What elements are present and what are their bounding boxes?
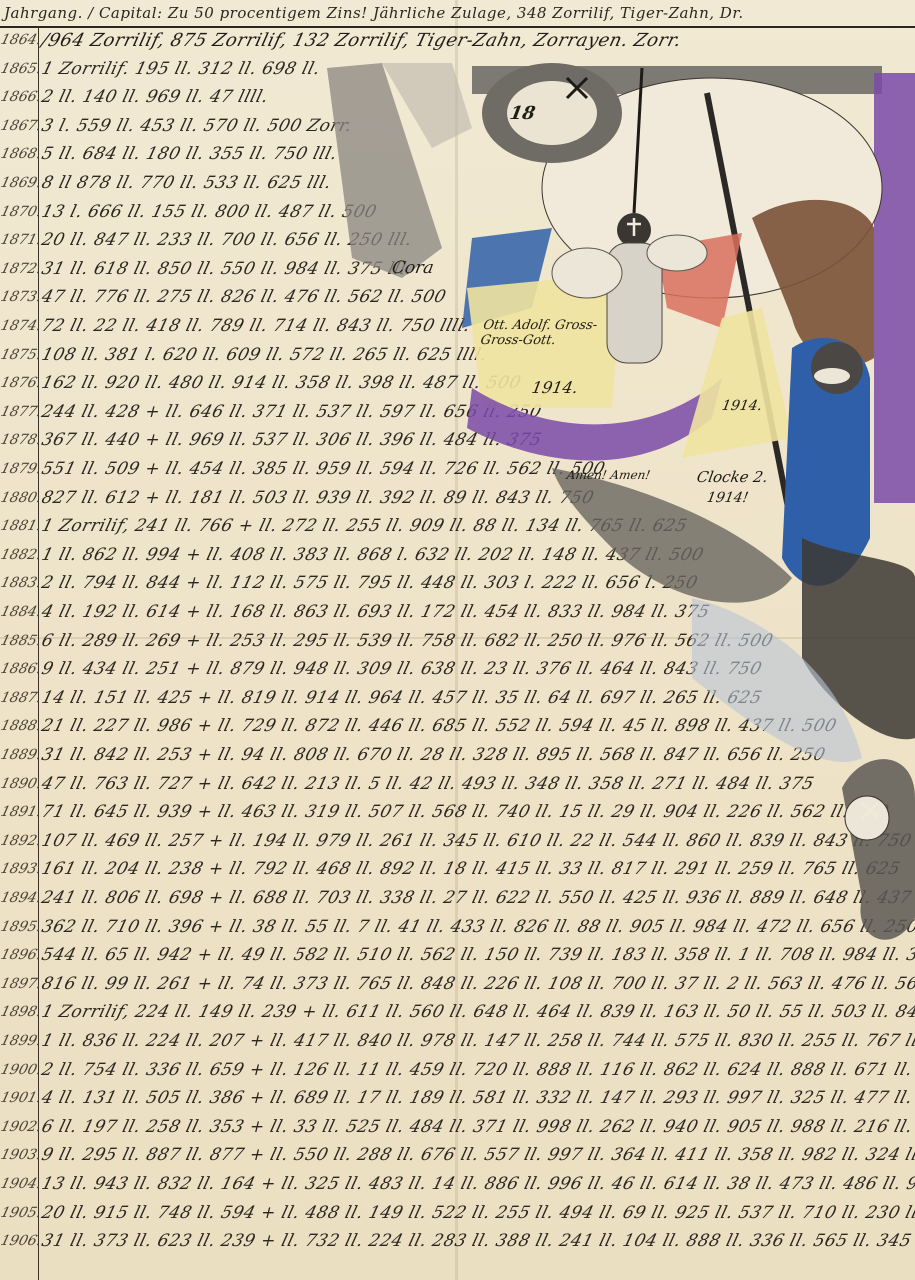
ledger-row: 1888.21 ll. 227 ll. 986 + ll. 729 ll. 87… <box>0 714 915 740</box>
artwork-sheet: Jahrgang. / Capital: Zu 50 procentigem Z… <box>0 0 915 1280</box>
row-values: 551 ll. 509 + ll. 454 ll. 385 ll. 959 ll… <box>40 459 608 479</box>
row-values: 162 ll. 920 ll. 480 ll. 914 ll. 358 ll. … <box>40 373 524 393</box>
row-values: 6 ll. 289 ll. 269 + ll. 253 ll. 295 ll. … <box>40 631 776 651</box>
ledger-row: 1875.108 ll. 381 l. 620 ll. 609 ll. 572 … <box>0 343 915 369</box>
ledger-row: 1878.367 ll. 440 + ll. 969 ll. 537 ll. 3… <box>0 428 915 454</box>
row-year: 1896. <box>0 947 39 963</box>
row-values: 21 ll. 227 ll. 986 + ll. 729 ll. 872 ll.… <box>40 716 839 736</box>
row-values: 107 ll. 469 ll. 257 + ll. 194 ll. 979 ll… <box>40 831 914 851</box>
row-values: 1 Zorrilif, 241 ll. 766 + ll. 272 ll. 25… <box>40 516 690 536</box>
row-values: 20 ll. 915 ll. 748 ll. 594 + ll. 488 ll.… <box>40 1203 915 1223</box>
row-values: 13 l. 666 ll. 155 ll. 800 ll. 487 ll. 50… <box>40 202 379 222</box>
row-values: 816 ll. 99 ll. 261 + ll. 74 ll. 373 ll. … <box>40 974 915 994</box>
row-year: 1875. <box>0 347 39 363</box>
row-year: 1901. <box>0 1090 39 1106</box>
ledger-row: 1876.162 ll. 920 ll. 480 ll. 914 ll. 358… <box>0 371 915 397</box>
ledger-row: 1866.2 ll. 140 ll. 969 ll. 47 llll. <box>0 85 915 111</box>
row-year: 1893. <box>0 861 39 877</box>
ledger-row: 1901.4 ll. 131 ll. 505 ll. 386 + ll. 689… <box>0 1086 915 1112</box>
ledger-row: 1884.4 ll. 192 ll. 614 + ll. 168 ll. 863… <box>0 600 915 626</box>
row-year: 1906. <box>0 1233 39 1249</box>
row-year: 1892. <box>0 833 39 849</box>
ledger-row: 1906.31 ll. 373 ll. 623 ll. 239 + ll. 73… <box>0 1229 915 1255</box>
row-values: 2 ll. 140 ll. 969 ll. 47 llll. <box>40 87 271 107</box>
row-year: 1888. <box>0 718 39 734</box>
row-year: 1869. <box>0 175 39 191</box>
row-year: 1868. <box>0 146 39 162</box>
ledger-row: 1889.31 ll. 842 ll. 253 + ll. 94 ll. 808… <box>0 743 915 769</box>
ledger-row: 1883.2 ll. 794 ll. 844 + ll. 112 ll. 575… <box>0 571 915 597</box>
ledger-row: 1865.1 Zorrilif. 195 ll. 312 ll. 698 ll. <box>0 57 915 83</box>
row-year: 1900. <box>0 1062 39 1078</box>
row-values: 2 ll. 794 ll. 844 + ll. 112 ll. 575 ll. … <box>40 573 700 593</box>
row-values: 14 ll. 151 ll. 425 + ll. 819 ll. 914 ll.… <box>40 688 765 708</box>
row-year: 1879. <box>0 461 39 477</box>
row-year: 1895. <box>0 919 39 935</box>
row-year: 1883. <box>0 575 39 591</box>
ledger-header: Jahrgang. / Capital: Zu 50 procentigem Z… <box>0 0 915 28</box>
row-values: 367 ll. 440 + ll. 969 ll. 537 ll. 306 ll… <box>40 430 544 450</box>
ledger-row: 1868.5 ll. 684 ll. 180 ll. 355 ll. 750 l… <box>0 142 915 168</box>
row-values: 1 ll. 836 ll. 224 ll. 207 + ll. 417 ll. … <box>40 1031 915 1051</box>
ledger-row: 1896.544 ll. 65 ll. 942 + ll. 49 ll. 582… <box>0 943 915 969</box>
row-year: 1871. <box>0 232 39 248</box>
ledger-row: 1902.6 ll. 197 ll. 258 ll. 353 + ll. 33 … <box>0 1115 915 1141</box>
ledger-row: 1873.47 ll. 776 ll. 275 ll. 826 ll. 476 … <box>0 285 915 311</box>
row-year: 1894. <box>0 890 39 906</box>
row-year: 1897. <box>0 976 39 992</box>
ledger-row: 1886.9 ll. 434 ll. 251 + ll. 879 ll. 948… <box>0 657 915 683</box>
ledger-row: 1881.1 Zorrilif, 241 ll. 766 + ll. 272 l… <box>0 514 915 540</box>
ledger-row: 1895.362 ll. 710 ll. 396 + ll. 38 ll. 55… <box>0 915 915 941</box>
row-values: 31 ll. 373 ll. 623 ll. 239 + ll. 732 ll.… <box>40 1231 915 1251</box>
ledger-row: 1872.31 ll. 618 ll. 850 ll. 550 ll. 984 … <box>0 257 915 283</box>
row-values: 5 ll. 684 ll. 180 ll. 355 ll. 750 lll. <box>40 144 340 164</box>
row-values: 72 ll. 22 ll. 418 ll. 789 ll. 714 ll. 84… <box>40 316 473 336</box>
ledger-row: 1885.6 ll. 289 ll. 269 + ll. 253 ll. 295… <box>0 629 915 655</box>
row-year: 1885. <box>0 633 39 649</box>
row-values: 544 ll. 65 ll. 942 + ll. 49 ll. 582 ll. … <box>40 945 915 965</box>
row-year: 1898. <box>0 1004 39 1020</box>
row-values: 4 ll. 192 ll. 614 + ll. 168 ll. 863 ll. … <box>40 602 712 622</box>
row-year: 1887. <box>0 690 39 706</box>
ledger-row: 1900.2 ll. 754 ll. 336 ll. 659 + ll. 126… <box>0 1058 915 1084</box>
row-year: 1867. <box>0 118 39 134</box>
row-year: 1881. <box>0 518 39 534</box>
row-values: 47 ll. 776 ll. 275 ll. 826 ll. 476 ll. 5… <box>40 287 449 307</box>
ledger-row: 1899.1 ll. 836 ll. 224 ll. 207 + ll. 417… <box>0 1029 915 1055</box>
row-year: 1905. <box>0 1205 39 1221</box>
ledger-row: 1887.14 ll. 151 ll. 425 + ll. 819 ll. 91… <box>0 686 915 712</box>
row-year: 1877. <box>0 404 39 420</box>
row-values: 1 ll. 862 ll. 994 + ll. 408 ll. 383 ll. … <box>40 545 706 565</box>
row-values: 2 ll. 754 ll. 336 ll. 659 + ll. 126 ll. … <box>40 1060 915 1080</box>
row-values: 362 ll. 710 ll. 396 + ll. 38 ll. 55 ll. … <box>40 917 915 937</box>
ledger-row: 1874.72 ll. 22 ll. 418 ll. 789 ll. 714 l… <box>0 314 915 340</box>
row-year: 1899. <box>0 1033 39 1049</box>
row-values: 71 ll. 645 ll. 939 + ll. 463 ll. 319 ll.… <box>40 802 892 822</box>
ledger-row: 1890.47 ll. 763 ll. 727 + ll. 642 ll. 21… <box>0 772 915 798</box>
row-year: 1882. <box>0 547 39 563</box>
row-year: 1903. <box>0 1147 39 1163</box>
row-values: 241 ll. 806 ll. 698 + ll. 688 ll. 703 ll… <box>40 888 915 908</box>
ledger-row: 1879.551 ll. 509 + ll. 454 ll. 385 ll. 9… <box>0 457 915 483</box>
row-values: 9 ll. 295 ll. 887 ll. 877 + ll. 550 ll. … <box>40 1145 915 1165</box>
ledger-row: 1904.13 ll. 943 ll. 832 ll. 164 + ll. 32… <box>0 1172 915 1198</box>
row-year: 1886. <box>0 661 39 677</box>
row-values: 827 ll. 612 + ll. 181 ll. 503 ll. 939 ll… <box>40 488 597 508</box>
row-values: 161 ll. 204 ll. 238 + ll. 792 ll. 468 ll… <box>40 859 903 879</box>
row-year: 1890. <box>0 776 39 792</box>
row-values: 20 ll. 847 ll. 233 ll. 700 ll. 656 ll. 2… <box>40 230 415 250</box>
ledger-row: 1898.1 Zorrilif, 224 ll. 149 ll. 239 + l… <box>0 1000 915 1026</box>
row-year: 1878. <box>0 432 39 448</box>
row-year: 1866. <box>0 89 39 105</box>
row-values: 47 ll. 763 ll. 727 + ll. 642 ll. 213 ll.… <box>40 774 817 794</box>
row-year: 1865. <box>0 61 39 77</box>
ledger-row: 1893.161 ll. 204 ll. 238 + ll. 792 ll. 4… <box>0 857 915 883</box>
row-year: 1873. <box>0 289 39 305</box>
row-year: 1904. <box>0 1176 39 1192</box>
ledger-row: 1894.241 ll. 806 ll. 698 + ll. 688 ll. 7… <box>0 886 915 912</box>
ledger-row: 1891.71 ll. 645 ll. 939 + ll. 463 ll. 31… <box>0 800 915 826</box>
row-year: 1876. <box>0 375 39 391</box>
ledger-row: 1897.816 ll. 99 ll. 261 + ll. 74 ll. 373… <box>0 972 915 998</box>
row-values: 13 ll. 943 ll. 832 ll. 164 + ll. 325 ll.… <box>40 1174 915 1194</box>
row-values: 3 l. 559 ll. 453 ll. 570 ll. 500 Zorr. <box>40 116 355 136</box>
row-values: 31 ll. 842 ll. 253 + ll. 94 ll. 808 ll. … <box>40 745 828 765</box>
ledger-row: 1905.20 ll. 915 ll. 748 ll. 594 + ll. 48… <box>0 1201 915 1227</box>
row-values: 31 ll. 618 ll. 850 ll. 550 ll. 984 ll. 3… <box>40 259 415 279</box>
ledger-row: 1892.107 ll. 469 ll. 257 + ll. 194 ll. 9… <box>0 829 915 855</box>
row-year: 1870. <box>0 204 39 220</box>
row-values: /964 Zorrilif, 875 Zorrilif, 132 Zorrili… <box>39 30 683 51</box>
ledger-row: 1864./964 Zorrilif, 875 Zorrilif, 132 Zo… <box>0 28 915 54</box>
row-values: 1 Zorrilif, 224 ll. 149 ll. 239 + ll. 61… <box>40 1002 915 1022</box>
row-year: 1902. <box>0 1119 39 1135</box>
row-values: 6 ll. 197 ll. 258 ll. 353 + ll. 33 ll. 5… <box>40 1117 915 1137</box>
ledger-row: 1871.20 ll. 847 ll. 233 ll. 700 ll. 656 … <box>0 228 915 254</box>
ledger-row: 1880.827 ll. 612 + ll. 181 ll. 503 ll. 9… <box>0 486 915 512</box>
ledger-row: 1877.244 ll. 428 + ll. 646 ll. 371 ll. 5… <box>0 400 915 426</box>
row-values: 9 ll. 434 ll. 251 + ll. 879 ll. 948 ll. … <box>40 659 765 679</box>
ledger-row: 1869.8 ll 878 ll. 770 ll. 533 ll. 625 ll… <box>0 171 915 197</box>
row-values: 244 ll. 428 + ll. 646 ll. 371 ll. 537 ll… <box>40 402 544 422</box>
row-year: 1864. <box>0 32 39 48</box>
row-values: 108 ll. 381 l. 620 ll. 609 ll. 572 ll. 2… <box>40 345 490 365</box>
row-values: 4 ll. 131 ll. 505 ll. 386 + ll. 689 ll. … <box>40 1088 915 1108</box>
row-year: 1880. <box>0 490 39 506</box>
row-year: 1872. <box>0 261 39 277</box>
ledger-row: 1870.13 l. 666 ll. 155 ll. 800 ll. 487 l… <box>0 200 915 226</box>
row-year: 1874. <box>0 318 39 334</box>
row-values: 1 Zorrilif. 195 ll. 312 ll. 698 ll. <box>40 59 323 79</box>
ledger-row: 1867.3 l. 559 ll. 453 ll. 570 ll. 500 Zo… <box>0 114 915 140</box>
row-values: 8 ll 878 ll. 770 ll. 533 ll. 625 lll. <box>40 173 334 193</box>
row-year: 1884. <box>0 604 39 620</box>
ledger-row: 1903.9 ll. 295 ll. 887 ll. 877 + ll. 550… <box>0 1143 915 1169</box>
row-year: 1889. <box>0 747 39 763</box>
ledger-row: 1882.1 ll. 862 ll. 994 + ll. 408 ll. 383… <box>0 543 915 569</box>
row-year: 1891. <box>0 804 39 820</box>
